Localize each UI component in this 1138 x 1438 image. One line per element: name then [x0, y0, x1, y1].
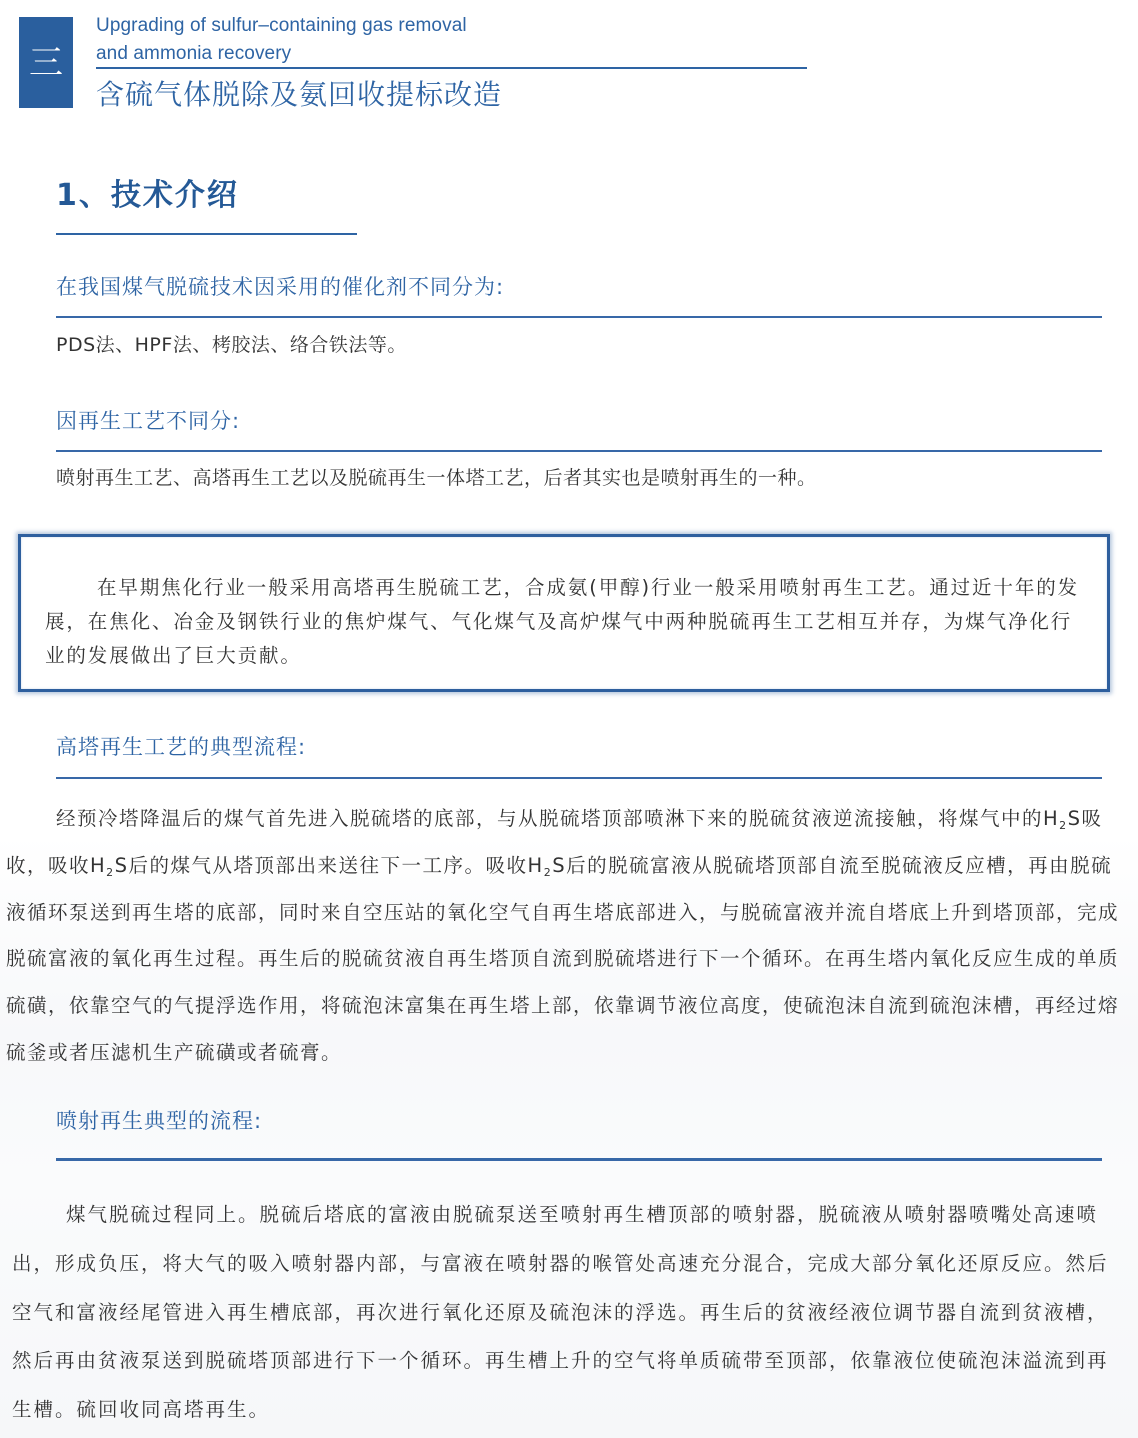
text-run: S后的脱硫富液从脱硫塔顶部自流至脱硫液反应槽，再由脱硫液循环泵送到再生塔的底部，…: [6, 854, 1119, 1064]
subscript: 2: [544, 866, 553, 879]
subheading-divider: [56, 1158, 1102, 1161]
chapter-title-english: Upgrading of sulfur–containing gas remov…: [96, 12, 467, 68]
text-run: 经预冷塔降温后的煤气首先进入脱硫塔的底部，与从脱硫塔顶部喷淋下来的脱硫贫液逆流接…: [56, 807, 1059, 830]
chapter-title-english-line2: and ammonia recovery: [96, 40, 467, 68]
section-title-underline: [56, 233, 357, 235]
header-divider: [96, 67, 807, 69]
subheading-jet-process: 喷射再生典型的流程:: [56, 1106, 262, 1136]
high-tower-process-paragraph: 经预冷塔降温后的煤气首先进入脱硫塔的底部，与从脱硫塔顶部喷淋下来的脱硫贫液逆流接…: [6, 796, 1132, 1077]
subheading-catalyst-types: 在我国煤气脱硫技术因采用的催化剂不同分为:: [56, 272, 504, 302]
subheading-high-tower-process: 高塔再生工艺的典型流程:: [56, 732, 306, 762]
subheading-divider: [56, 450, 1102, 452]
subheading-divider: [56, 316, 1102, 318]
chapter-number: 三: [29, 46, 63, 80]
catalyst-methods-text: PDS法、HPF法、栲胶法、络合铁法等。: [56, 331, 407, 359]
regeneration-methods-text: 喷射再生工艺、高塔再生工艺以及脱硫再生一体塔工艺，后者其实也是喷射再生的一种。: [56, 464, 817, 492]
chapter-title-chinese: 含硫气体脱除及氨回收提标改造: [96, 76, 502, 114]
history-callout-box: 在早期焦化行业一般采用高塔再生脱硫工艺，合成氨(甲醇)行业一般采用喷射再生工艺。…: [18, 534, 1110, 692]
subscript: 2: [106, 866, 115, 879]
text-run: S后的煤气从塔顶部出来送往下一工序。吸收H: [115, 854, 544, 877]
subheading-regeneration-types: 因再生工艺不同分:: [56, 406, 240, 436]
chapter-title-english-line1: Upgrading of sulfur–containing gas remov…: [96, 12, 467, 40]
section-title: 1、技术介绍: [56, 176, 239, 216]
jet-process-paragraph: 煤气脱硫过程同上。脱硫后塔底的富液由脱硫泵送至喷射再生槽顶部的喷射器，脱硫液从喷…: [12, 1191, 1126, 1435]
subscript: 2: [1059, 819, 1068, 832]
subheading-divider: [56, 777, 1102, 779]
chapter-number-block: 三: [19, 17, 73, 108]
history-callout-text: 在早期焦化行业一般采用高塔再生脱硫工艺，合成氨(甲醇)行业一般采用喷射再生工艺。…: [45, 571, 1093, 673]
